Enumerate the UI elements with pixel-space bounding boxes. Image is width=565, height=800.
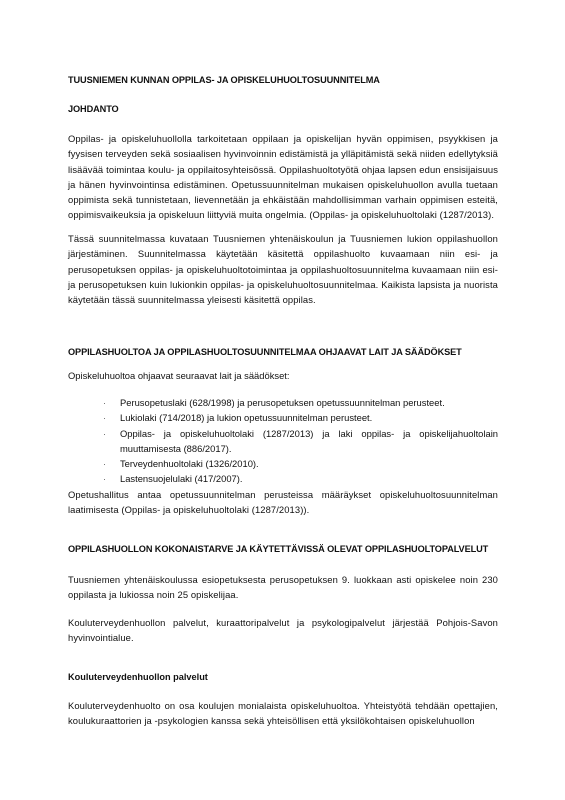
bullet-icon: · (103, 471, 106, 486)
paragraph-intro-2: Tässä suunnitelmassa kuvataan Tuusniemen… (68, 231, 498, 307)
bullet-icon: · (103, 395, 106, 410)
paragraph-students: Tuusniemen yhtenäiskoulussa esiopetukses… (68, 572, 498, 603)
list-item: ·Lukiolaki (714/2018) ja lukion opetussu… (103, 410, 498, 425)
list-item: ·Perusopetuslaki (628/1998) ja perusopet… (103, 395, 498, 410)
section-heading-services: OPPILASHUOLLON KOKONAISTARVE JA KÄYTETTÄ… (68, 542, 498, 557)
paragraph-school-health: Kouluterveydenhuolto on osa koulujen mon… (68, 698, 498, 729)
section-heading-johdanto: JOHDANTO (68, 102, 498, 117)
laws-intro: Opiskeluhuoltoa ohjaavat seuraavat lait … (68, 368, 498, 383)
list-item: ·Lastensuojelulaki (417/2007). (103, 471, 498, 486)
bullet-icon: · (103, 410, 106, 425)
bullet-icon: · (103, 426, 106, 441)
document-page: TUUSNIEMEN KUNNAN OPPILAS- JA OPISKELUHU… (0, 0, 565, 800)
paragraph-providers: Kouluterveydenhuollon palvelut, kuraatto… (68, 615, 498, 646)
bullet-icon: · (103, 456, 106, 471)
laws-outro: Opetushallitus antaa opetussuunnitelman … (68, 487, 498, 518)
section-heading-laws: OPPILASHUOLTOA JA OPPILASHUOLTOSUUNNITEL… (68, 345, 498, 360)
subheading-school-health: Kouluterveydenhuollon palvelut (68, 670, 498, 685)
list-item: ·Oppilas- ja opiskeluhuoltolaki (1287/20… (103, 426, 498, 457)
laws-list: ·Perusopetuslaki (628/1998) ja perusopet… (103, 395, 498, 487)
paragraph-intro-1: Oppilas- ja opiskeluhuollolla tarkoiteta… (68, 131, 498, 223)
document-title: TUUSNIEMEN KUNNAN OPPILAS- JA OPISKELUHU… (68, 73, 498, 88)
list-item: ·Terveydenhuoltolaki (1326/2010). (103, 456, 498, 471)
